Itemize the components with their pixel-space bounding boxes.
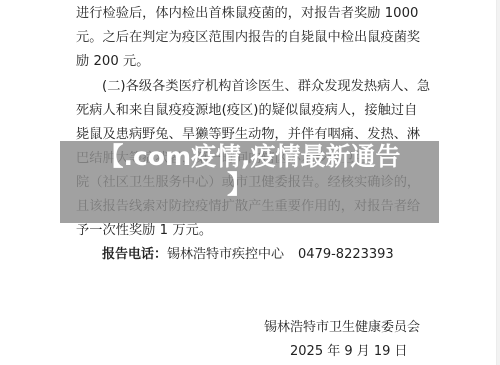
signature-org: 锡林浩特市卫生健康委员会 [264, 320, 420, 336]
overlay-title-close-bracket: 】 [40, 171, 439, 199]
overlay-title-main: 【.com疫情,疫情最新通告 [98, 142, 400, 171]
overlay-title: 【.com疫情,疫情最新通告 】 [60, 143, 439, 199]
contact-org: 锡林浩特市疾控中心 [167, 247, 284, 262]
contact-label: 报告电话： [102, 247, 167, 262]
paragraph1-line-1: 进行检验后，体内检出首株鼠疫菌的，对报告者奖励 1000 [76, 6, 418, 22]
paragraph1-line-2: 元。之后在判定为疫区范围内报告的自毙鼠中检出鼠疫菌奖 [76, 30, 420, 46]
contact-phone: 0479-8223393 [298, 247, 394, 262]
signature-date: 2025 年 9 月 19 日 [290, 344, 408, 360]
paragraph2-line-7: 予一次性奖励 1 万元。 [76, 223, 212, 239]
paragraph1-line-3: 励 200 元。 [76, 54, 150, 70]
page-edge-divider [496, 0, 500, 365]
paragraph2-line-2: 死病人和来自鼠疫疫源地(疫区)的疑似鼠疫病人，接触过自 [76, 103, 417, 119]
paragraph2-line-1: (二)各级各类医疗机构首诊医生、群众发现发热病人、急 [102, 79, 430, 95]
document-page: 进行检验后，体内检出首株鼠疫菌的，对报告者奖励 1000 元。之后在判定为疫区范… [0, 0, 500, 365]
report-contact: 报告电话：锡林浩特市疾控中心0479-8223393 [102, 247, 394, 263]
